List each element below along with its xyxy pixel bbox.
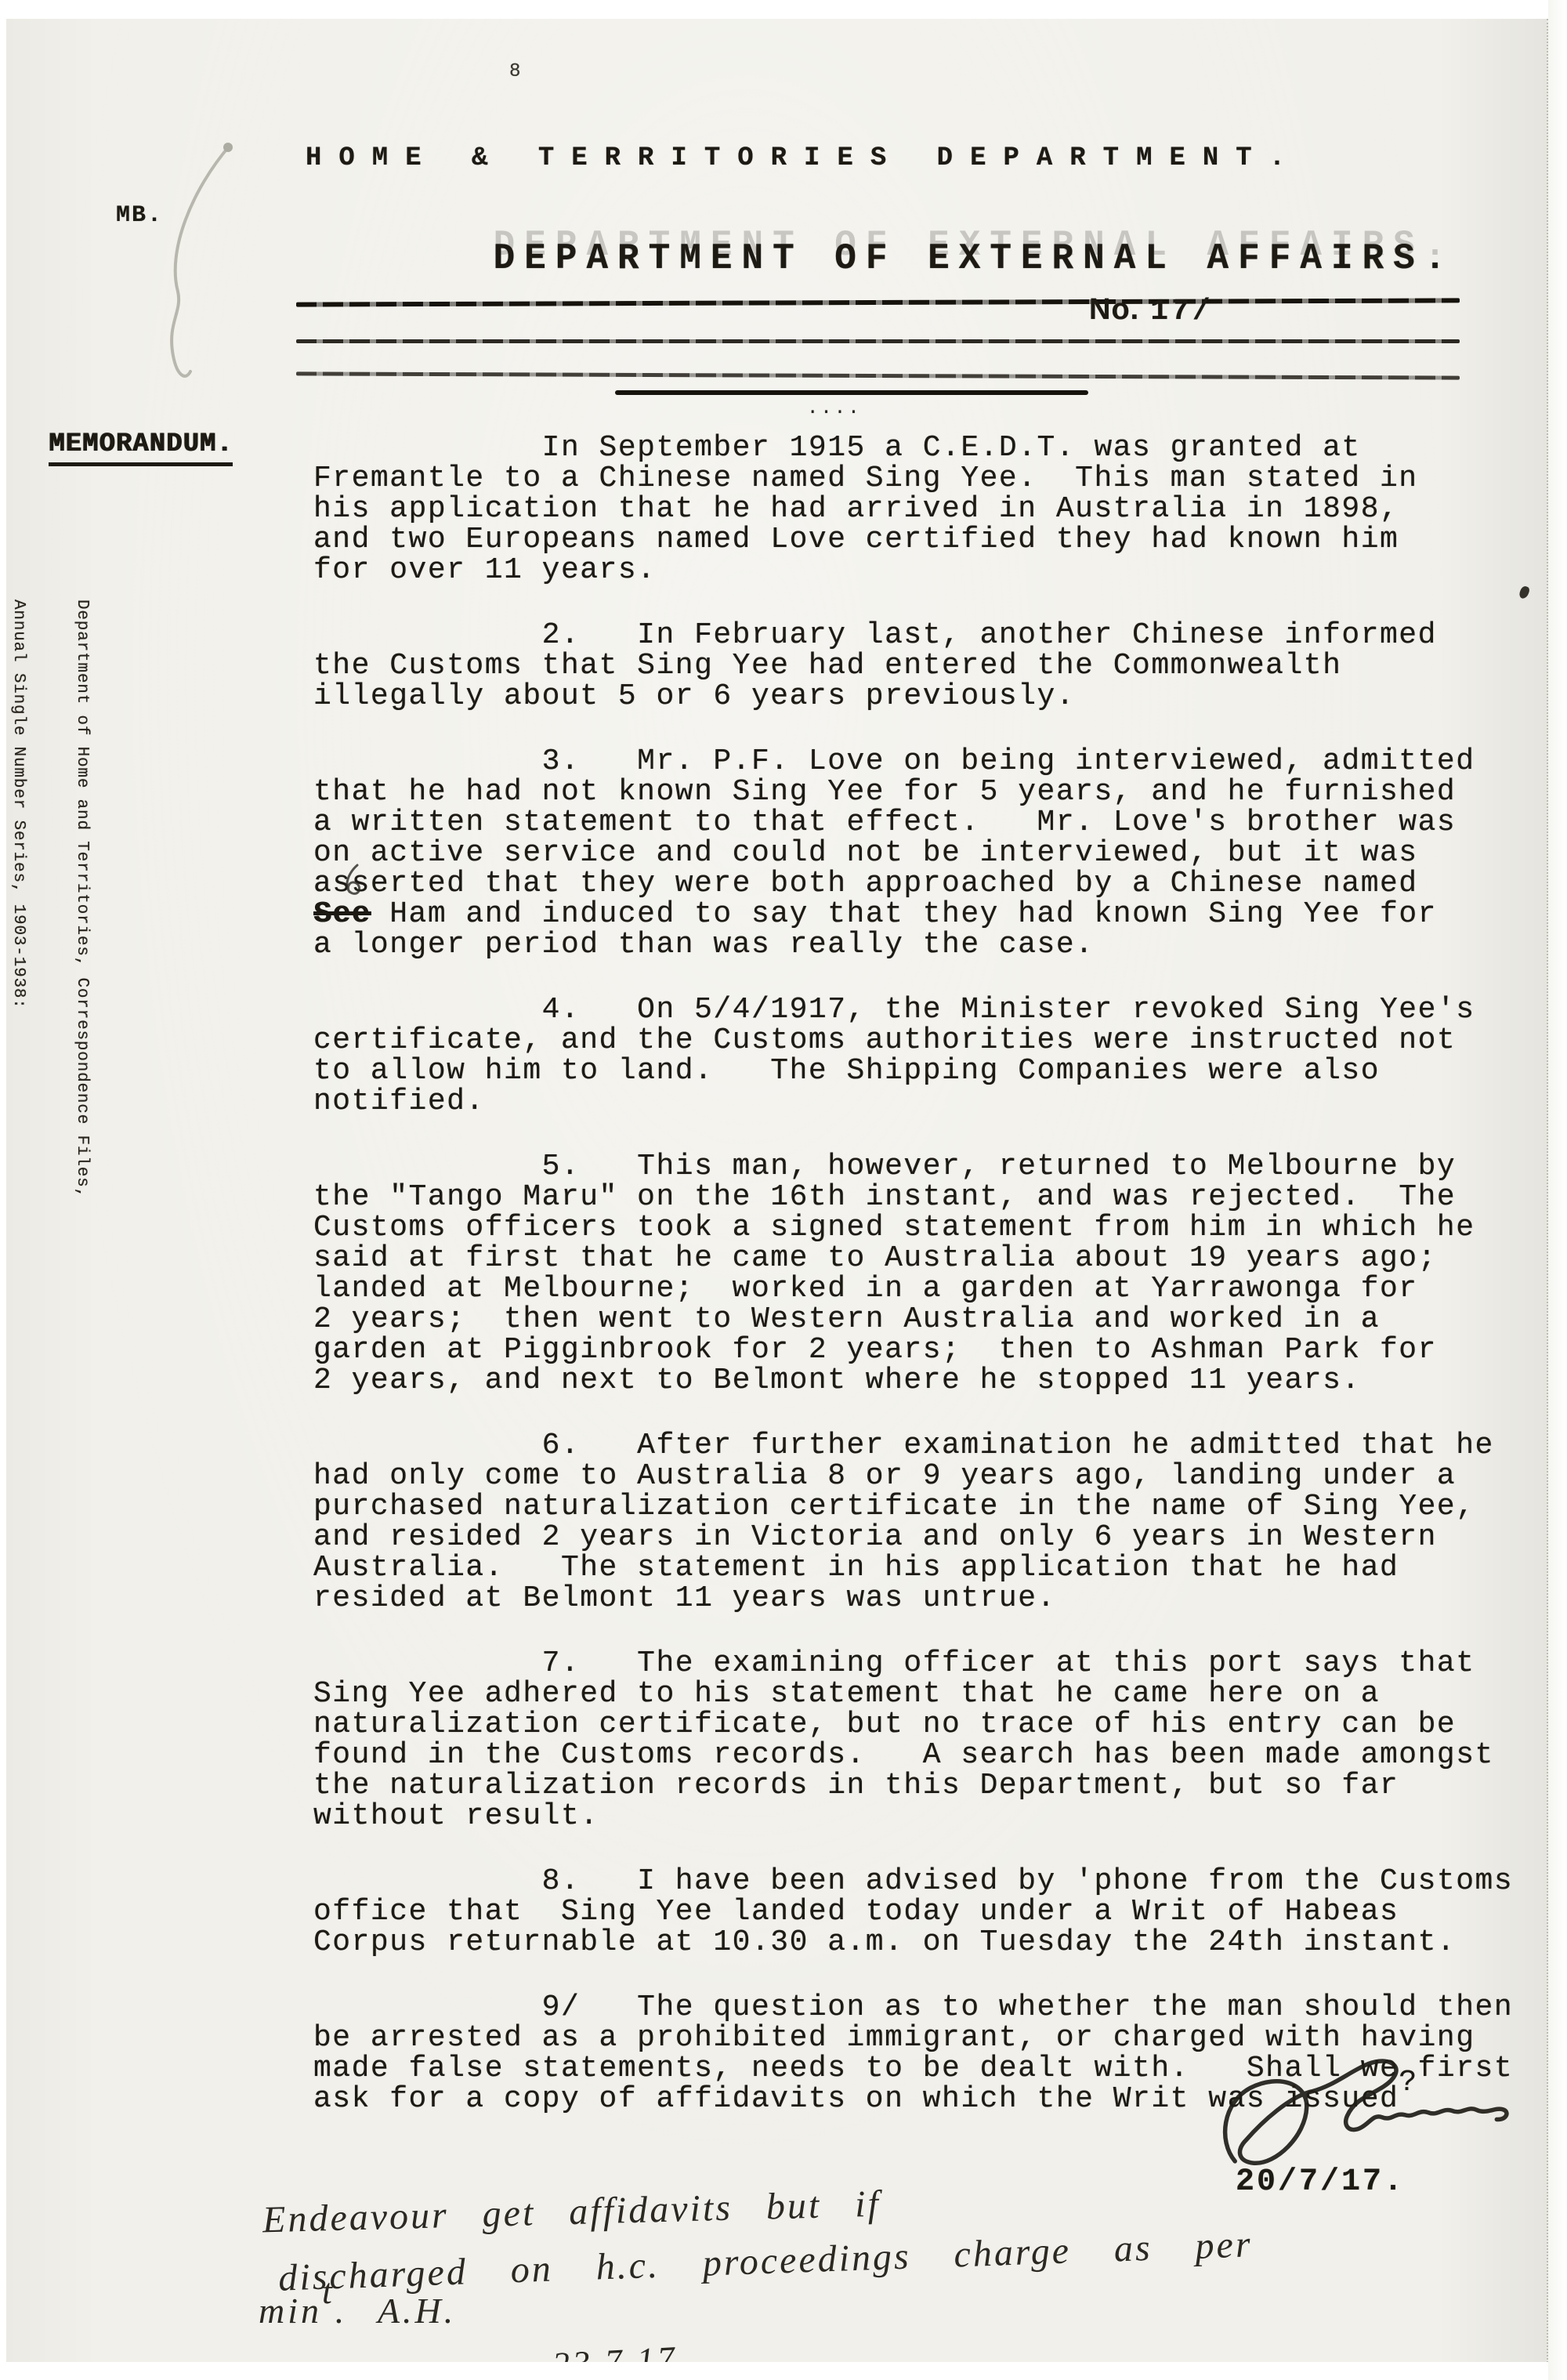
archive-line: Annual Single Number Series, 1903-1938: xyxy=(8,600,29,1465)
memo-paragraph: 8. I have been advised by 'phone from th… xyxy=(313,1866,1536,1958)
memo-line: notified. xyxy=(313,1086,1536,1117)
memo-paragraph: 3. Mr. P.F. Love on being interviewed, a… xyxy=(313,746,1536,960)
strikethrough-line xyxy=(296,371,1460,379)
strikethrough-line xyxy=(296,298,1460,306)
memo-line: Customs officers took a signed statement… xyxy=(313,1212,1536,1243)
memo-line: the naturalization records in this Depar… xyxy=(313,1770,1536,1801)
memo-line: 3. Mr. P.F. Love on being interviewed, a… xyxy=(313,746,1536,777)
memo-paragraph: 4. On 5/4/1917, the Minister revoked Sin… xyxy=(313,994,1536,1117)
memo-line: 6. After further examination he admitted… xyxy=(313,1430,1536,1461)
memo-line: and resided 2 years in Victoria and only… xyxy=(313,1522,1536,1552)
memo-line: 2 years; then went to Western Australia … xyxy=(313,1304,1536,1335)
scan-edge-bottom xyxy=(0,2362,1567,2380)
memo-line: Fremantle to a Chinese named Sing Yee. T… xyxy=(313,463,1536,494)
memo-line: certificate, and the Customs authorities… xyxy=(313,1025,1536,1056)
memo-line: 8. I have been advised by 'phone from th… xyxy=(313,1866,1536,1896)
memo-line: to allow him to land. The Shipping Compa… xyxy=(313,1056,1536,1086)
memo-number-field: No.17/ xyxy=(1089,293,1214,328)
memo-line: garden at Pigginbrook for 2 years; then … xyxy=(313,1335,1536,1365)
memo-line: See Ham and induced to say that they had… xyxy=(313,899,1536,929)
memo-paragraph: In September 1915 a C.E.D.T. was granted… xyxy=(313,433,1536,585)
memo-line: for over 11 years. xyxy=(313,555,1536,585)
memo-line: Australia. The statement in his applicat… xyxy=(313,1552,1536,1583)
scan-edge-right xyxy=(1548,0,1567,2380)
memo-line: In September 1915 a C.E.D.T. was granted… xyxy=(313,433,1536,463)
memo-paragraph: 2. In February last, another Chinese inf… xyxy=(313,620,1536,712)
memo-line: illegally about 5 or 6 years previously. xyxy=(313,681,1536,712)
memo-line: asserted that they were both approached … xyxy=(313,868,1536,899)
memo-line: the Customs that Sing Yee had entered th… xyxy=(313,650,1536,681)
header-dots: .... xyxy=(807,398,862,419)
department-header: HOME & TERRITORIES DEPARTMENT. xyxy=(306,143,1302,173)
memo-line: be arrested as a prohibited immigrant, o… xyxy=(313,2023,1536,2053)
memo-line: that he had not known Sing Yee for 5 yea… xyxy=(313,777,1536,807)
struck-department-text: DEPARTMENT OF EXTERNAL AFFAIRS. xyxy=(494,238,1456,279)
memo-paragraph: 7. The examining officer at this port sa… xyxy=(313,1648,1536,1831)
memo-line: had only come to Australia 8 or 9 years … xyxy=(313,1461,1536,1491)
pencil-scribble-mark xyxy=(137,118,255,400)
page-number-mark: 8 xyxy=(509,61,520,82)
memorandum-label: MEMORANDUM. xyxy=(49,429,233,466)
memo-line: purchased naturalization certificate in … xyxy=(313,1491,1536,1522)
scan-edge-left xyxy=(0,0,6,2380)
memo-line: landed at Melbourne; worked in a garden … xyxy=(313,1273,1536,1304)
memo-line: a longer period than was really the case… xyxy=(313,929,1536,960)
memo-line: Sing Yee adhered to his statement that h… xyxy=(313,1679,1536,1709)
memo-line: on active service and could not be inter… xyxy=(313,838,1536,868)
memo-line: 9/ The question as to whether the man sh… xyxy=(313,1992,1536,2023)
memo-line: and two Europeans named Love certified t… xyxy=(313,524,1536,555)
memo-line: found in the Customs records. A search h… xyxy=(313,1740,1536,1770)
memo-line: without result. xyxy=(313,1801,1536,1831)
scanned-memo-canvas: 8 HOME & TERRITORIES DEPARTMENT. MB. DEP… xyxy=(0,0,1567,2380)
memo-line: his application that he had arrived in A… xyxy=(313,494,1536,524)
memo-line: a written statement to that effect. Mr. … xyxy=(313,807,1536,838)
number-label: No. xyxy=(1089,293,1139,326)
memo-line: the "Tango Maru" on the 16th instant, an… xyxy=(313,1182,1536,1212)
struck-department-header: DEPARTMENT OF EXTERNAL AFFAIRS. xyxy=(307,197,1455,442)
scan-edge-top xyxy=(0,0,1567,19)
memo-line: 2. In February last, another Chinese inf… xyxy=(313,620,1536,650)
memo-line: naturalization certificate, but no trace… xyxy=(313,1709,1536,1740)
memo-line: 5. This man, however, returned to Melbou… xyxy=(313,1151,1536,1182)
memo-line: Corpus returnable at 10.30 a.m. on Tuesd… xyxy=(313,1927,1536,1958)
struck-word: See xyxy=(313,897,371,931)
archive-line: Department of Home and Territories, Corr… xyxy=(71,600,92,1465)
archive-citation-stamp: Department of Home and Territories, Corr… xyxy=(0,600,135,1465)
memo-line: 7. The examining officer at this port sa… xyxy=(313,1648,1536,1679)
memo-body: In September 1915 a C.E.D.T. was granted… xyxy=(313,433,1536,2149)
signature-date: 20/7/17. xyxy=(1236,2164,1405,2200)
handwritten-note-line: Endeavour get affidavits but if xyxy=(262,2183,881,2242)
memo-paragraph: 5. This man, however, returned to Melbou… xyxy=(313,1151,1536,1396)
number-value: 17/ xyxy=(1150,295,1213,328)
memo-line: said at first that he came to Australia … xyxy=(313,1243,1536,1273)
memo-page: 8 HOME & TERRITORIES DEPARTMENT. MB. DEP… xyxy=(6,19,1548,2363)
memo-paragraph: 6. After further examination he admitted… xyxy=(313,1430,1536,1614)
handwritten-note-initials: mint. A.H. xyxy=(259,2290,456,2331)
correction-mark xyxy=(338,862,370,901)
memo-line: 2 years, and next to Belmont where he st… xyxy=(313,1365,1536,1396)
header-rule xyxy=(615,390,1088,395)
memo-line: 4. On 5/4/1917, the Minister revoked Sin… xyxy=(313,994,1536,1025)
strikethrough-line xyxy=(296,339,1460,343)
memo-line: resided at Belmont 11 years was untrue. xyxy=(313,1583,1536,1614)
mb-label: MB. xyxy=(116,202,163,229)
memo-line: office that Sing Yee landed today under … xyxy=(313,1896,1536,1927)
